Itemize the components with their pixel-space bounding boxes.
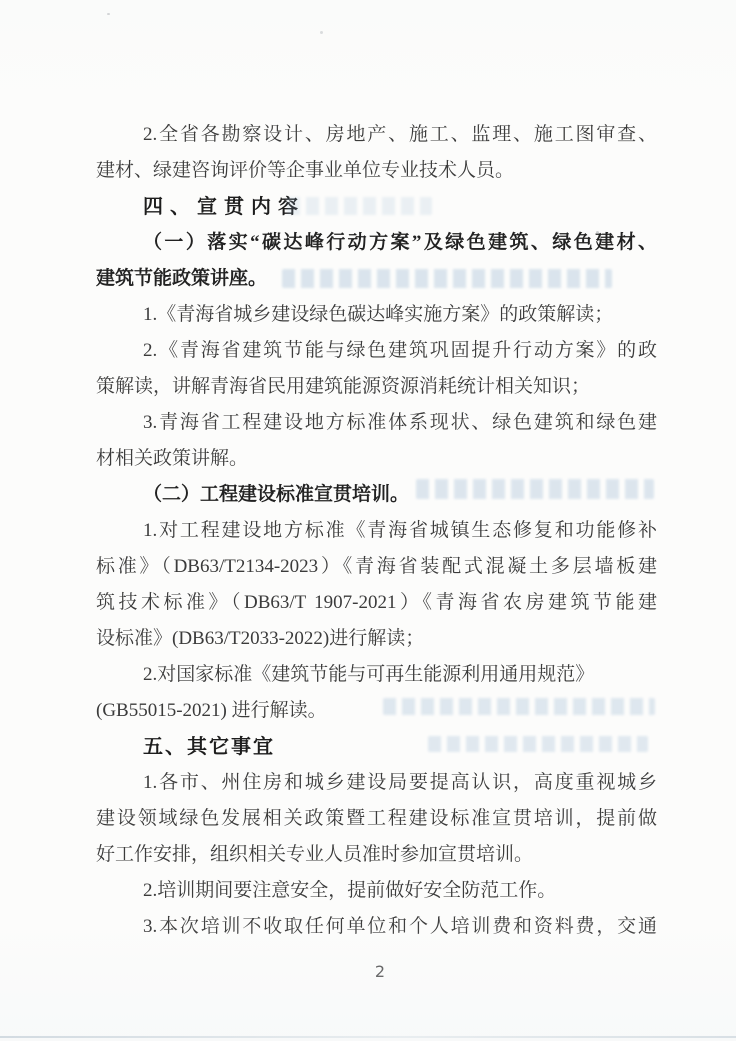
ink-bleed-ghost: [282, 269, 612, 288]
doc-line: 建设领域绿色发展相关政策暨工程建设标准宣贯培训，提前做: [96, 801, 657, 837]
doc-line: 1.《青海省城乡建设绿色碳达峰实施方案》的政策解读；: [96, 297, 657, 333]
doc-line: 材相关政策讲解。: [96, 441, 657, 477]
doc-line: 2.《青海省建筑节能与绿色建筑巩固提升行动方案》的政: [96, 333, 657, 369]
doc-line: 1.对工程建设地方标准《青海省城镇生态修复和功能修补: [96, 513, 657, 549]
doc-line: 3.本次培训不收取任何单位和个人培训费和资料费，交通: [96, 909, 657, 945]
doc-line: 2.全省各勘察设计、房地产、施工、监理、施工图审查、: [96, 117, 657, 153]
document-page: 2.全省各勘察设计、房地产、施工、监理、施工图审查、 建材、绿建咨询评价等企事业…: [0, 0, 736, 1041]
scan-speck: [320, 31, 323, 34]
doc-line: 2.对国家标准《建筑节能与可再生能源利用通用规范》: [96, 657, 657, 693]
page-number: 2: [12, 962, 736, 981]
scan-speck: [107, 13, 110, 15]
scan-speck: [596, 231, 599, 234]
ink-bleed-ghost: [428, 736, 648, 752]
subsection-heading-one: （一）落实“碳达峰行动方案”及绿色建筑、绿色建材、: [96, 225, 657, 261]
doc-line: 1.各市、州住房和城乡建设局要提高认识，高度重视城乡: [96, 765, 657, 801]
ink-bleed-ghost: [287, 197, 432, 215]
document-body: 2.全省各勘察设计、房地产、施工、监理、施工图审查、 建材、绿建咨询评价等企事业…: [96, 117, 657, 945]
doc-line: 2.培训期间要注意安全，提前做好安全防范工作。: [96, 873, 657, 909]
doc-line: 建材、绿建咨询评价等企事业单位专业技术人员。: [96, 153, 657, 189]
doc-line: 策解读，讲解青海省民用建筑能源资源消耗统计相关知识；: [96, 369, 657, 405]
doc-line: 3.青海省工程建设地方标准体系现状、绿色建筑和绿色建: [96, 405, 657, 441]
scan-edge-line: [0, 1036, 736, 1038]
doc-line: 筑技术标准》（DB63/T 1907-2021）《青海省农房建筑节能建: [96, 585, 657, 621]
ink-bleed-ghost: [383, 698, 655, 715]
doc-line: 设标准》(DB63/T2033-2022)进行解读；: [96, 621, 657, 657]
ink-bleed-ghost: [416, 479, 654, 499]
doc-line: 标准》（DB63/T2134-2023）《青海省装配式混凝土多层墙板建: [96, 549, 657, 585]
doc-line: 好工作安排，组织相关专业人员准时参加宣贯培训。: [96, 837, 657, 873]
